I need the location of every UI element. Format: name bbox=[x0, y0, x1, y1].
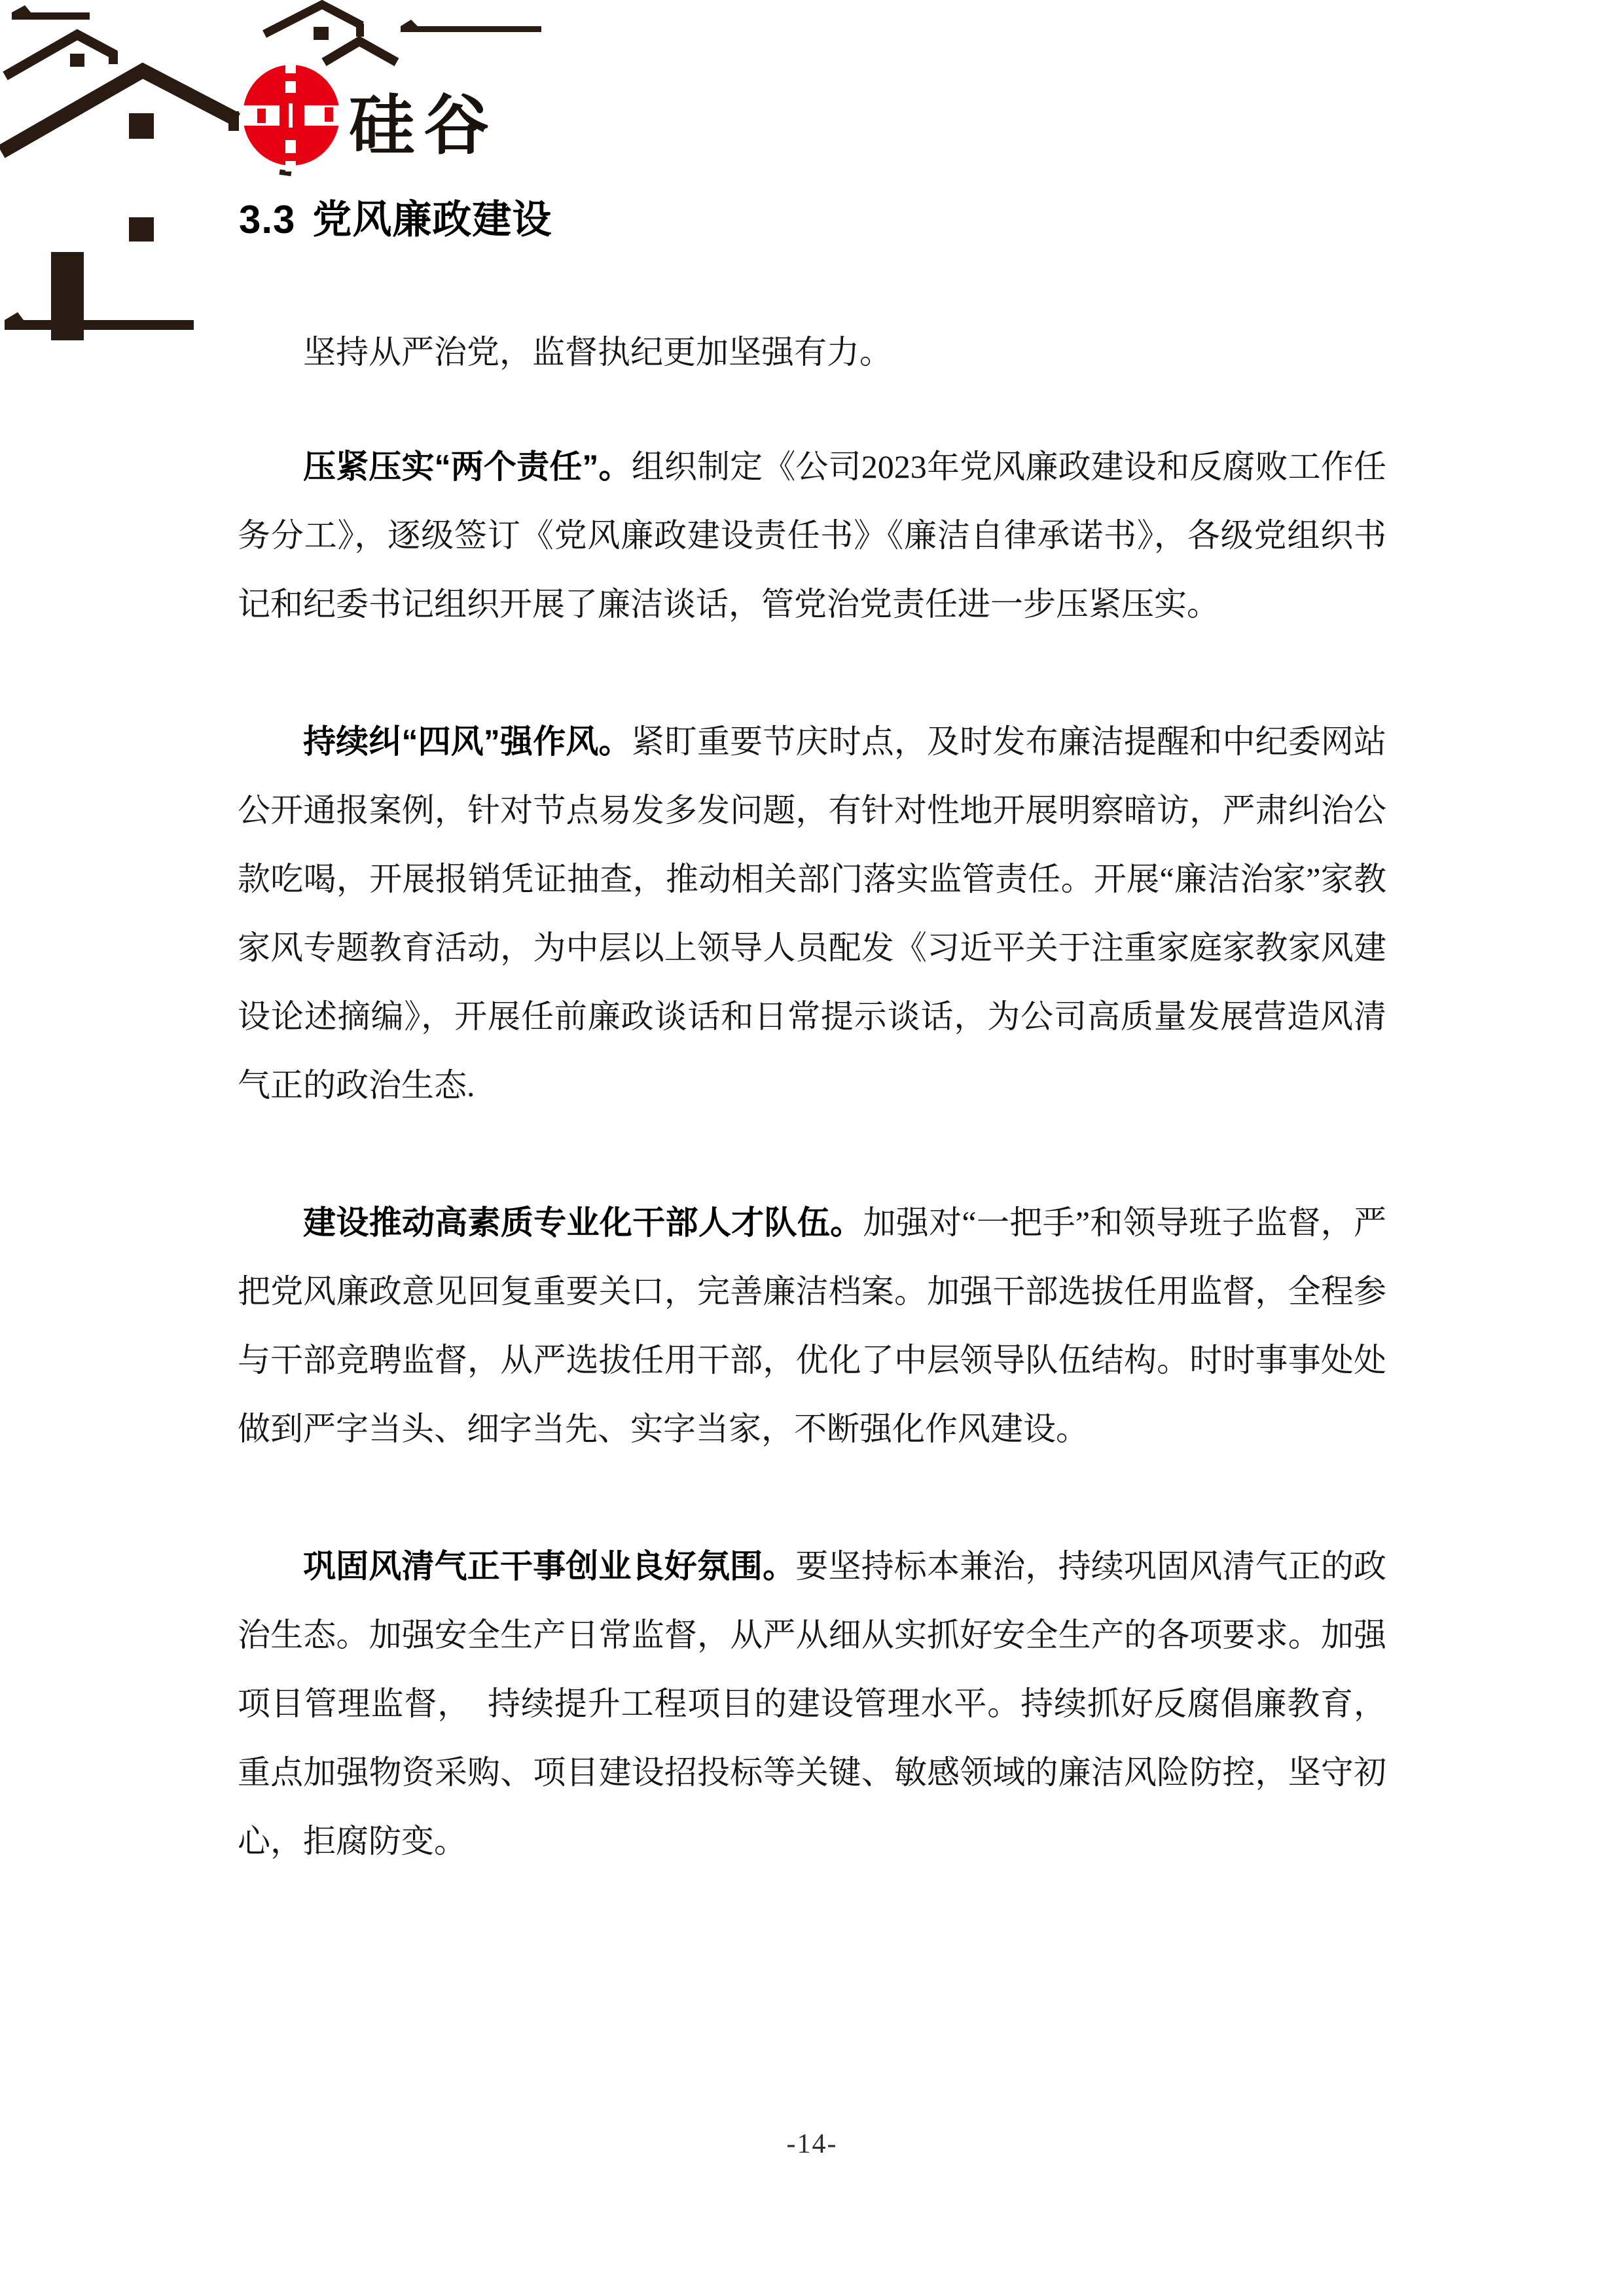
page-number: -14- bbox=[0, 2128, 1624, 2160]
document-body: 坚持从严治党，监督执纪更加坚强有力。 压紧压实“两个责任”。组织制定《公司202… bbox=[238, 318, 1386, 1876]
paragraph: 持续纠“四风”强作风。紧盯重要节庆时点，及时发布廉洁提醒和中纪委网站公开通报案例… bbox=[238, 708, 1386, 1120]
logo-brand-text: 硅谷 bbox=[349, 89, 498, 162]
paragraph: 坚持从严治党，监督执纪更加坚强有力。 bbox=[238, 318, 1386, 387]
company-logo: 硅谷 bbox=[0, 0, 543, 367]
paragraph-text: 要坚持标本兼治，持续巩固风清气正的政治生态。加强安全生产日常监督，从严从细从实抓… bbox=[238, 1548, 1386, 1859]
paragraph: 巩固风清气正干事创业良好氛围。要坚持标本兼治，持续巩固风清气正的政治生态。加强安… bbox=[238, 1532, 1386, 1876]
paragraph-lead: 巩固风清气正干事创业良好氛围。 bbox=[303, 1548, 795, 1585]
logo-graphic: 硅谷 bbox=[0, 0, 543, 367]
paragraph-lead: 持续纠“四风”强作风。 bbox=[303, 723, 632, 760]
paragraph: 建设推动高素质专业化干部人才队伍。加强对“一把手”和领导班子监督，严把党风廉政意… bbox=[238, 1189, 1386, 1463]
silicon-valley-emblem-icon bbox=[241, 63, 342, 171]
paragraph-lead: 建设推动高素质专业化干部人才队伍。 bbox=[303, 1204, 863, 1241]
section-heading: 3.3党风廉政建设 bbox=[239, 196, 552, 243]
paragraph: 压紧压实“两个责任”。组织制定《公司2023年党风廉政建设和反腐败工作任务分工》… bbox=[238, 433, 1386, 639]
paragraph-text: 坚持从严治党，监督执纪更加坚强有力。 bbox=[303, 334, 892, 370]
paragraph-lead: 压紧压实“两个责任”。 bbox=[303, 448, 632, 485]
paragraph-text: 紧盯重要节庆时点，及时发布廉洁提醒和中纪委网站公开通报案例，针对节点易发多发问题… bbox=[238, 723, 1386, 1103]
section-number: 3.3 bbox=[239, 198, 295, 242]
document-page: 硅谷 3.3党风廉政建设 坚持从严治党，监督执纪更加坚强有力。 压紧压实“两个责… bbox=[0, 0, 1624, 2296]
village-roofline-icon bbox=[1, 5, 541, 340]
section-title: 党风廉政建设 bbox=[312, 198, 552, 242]
